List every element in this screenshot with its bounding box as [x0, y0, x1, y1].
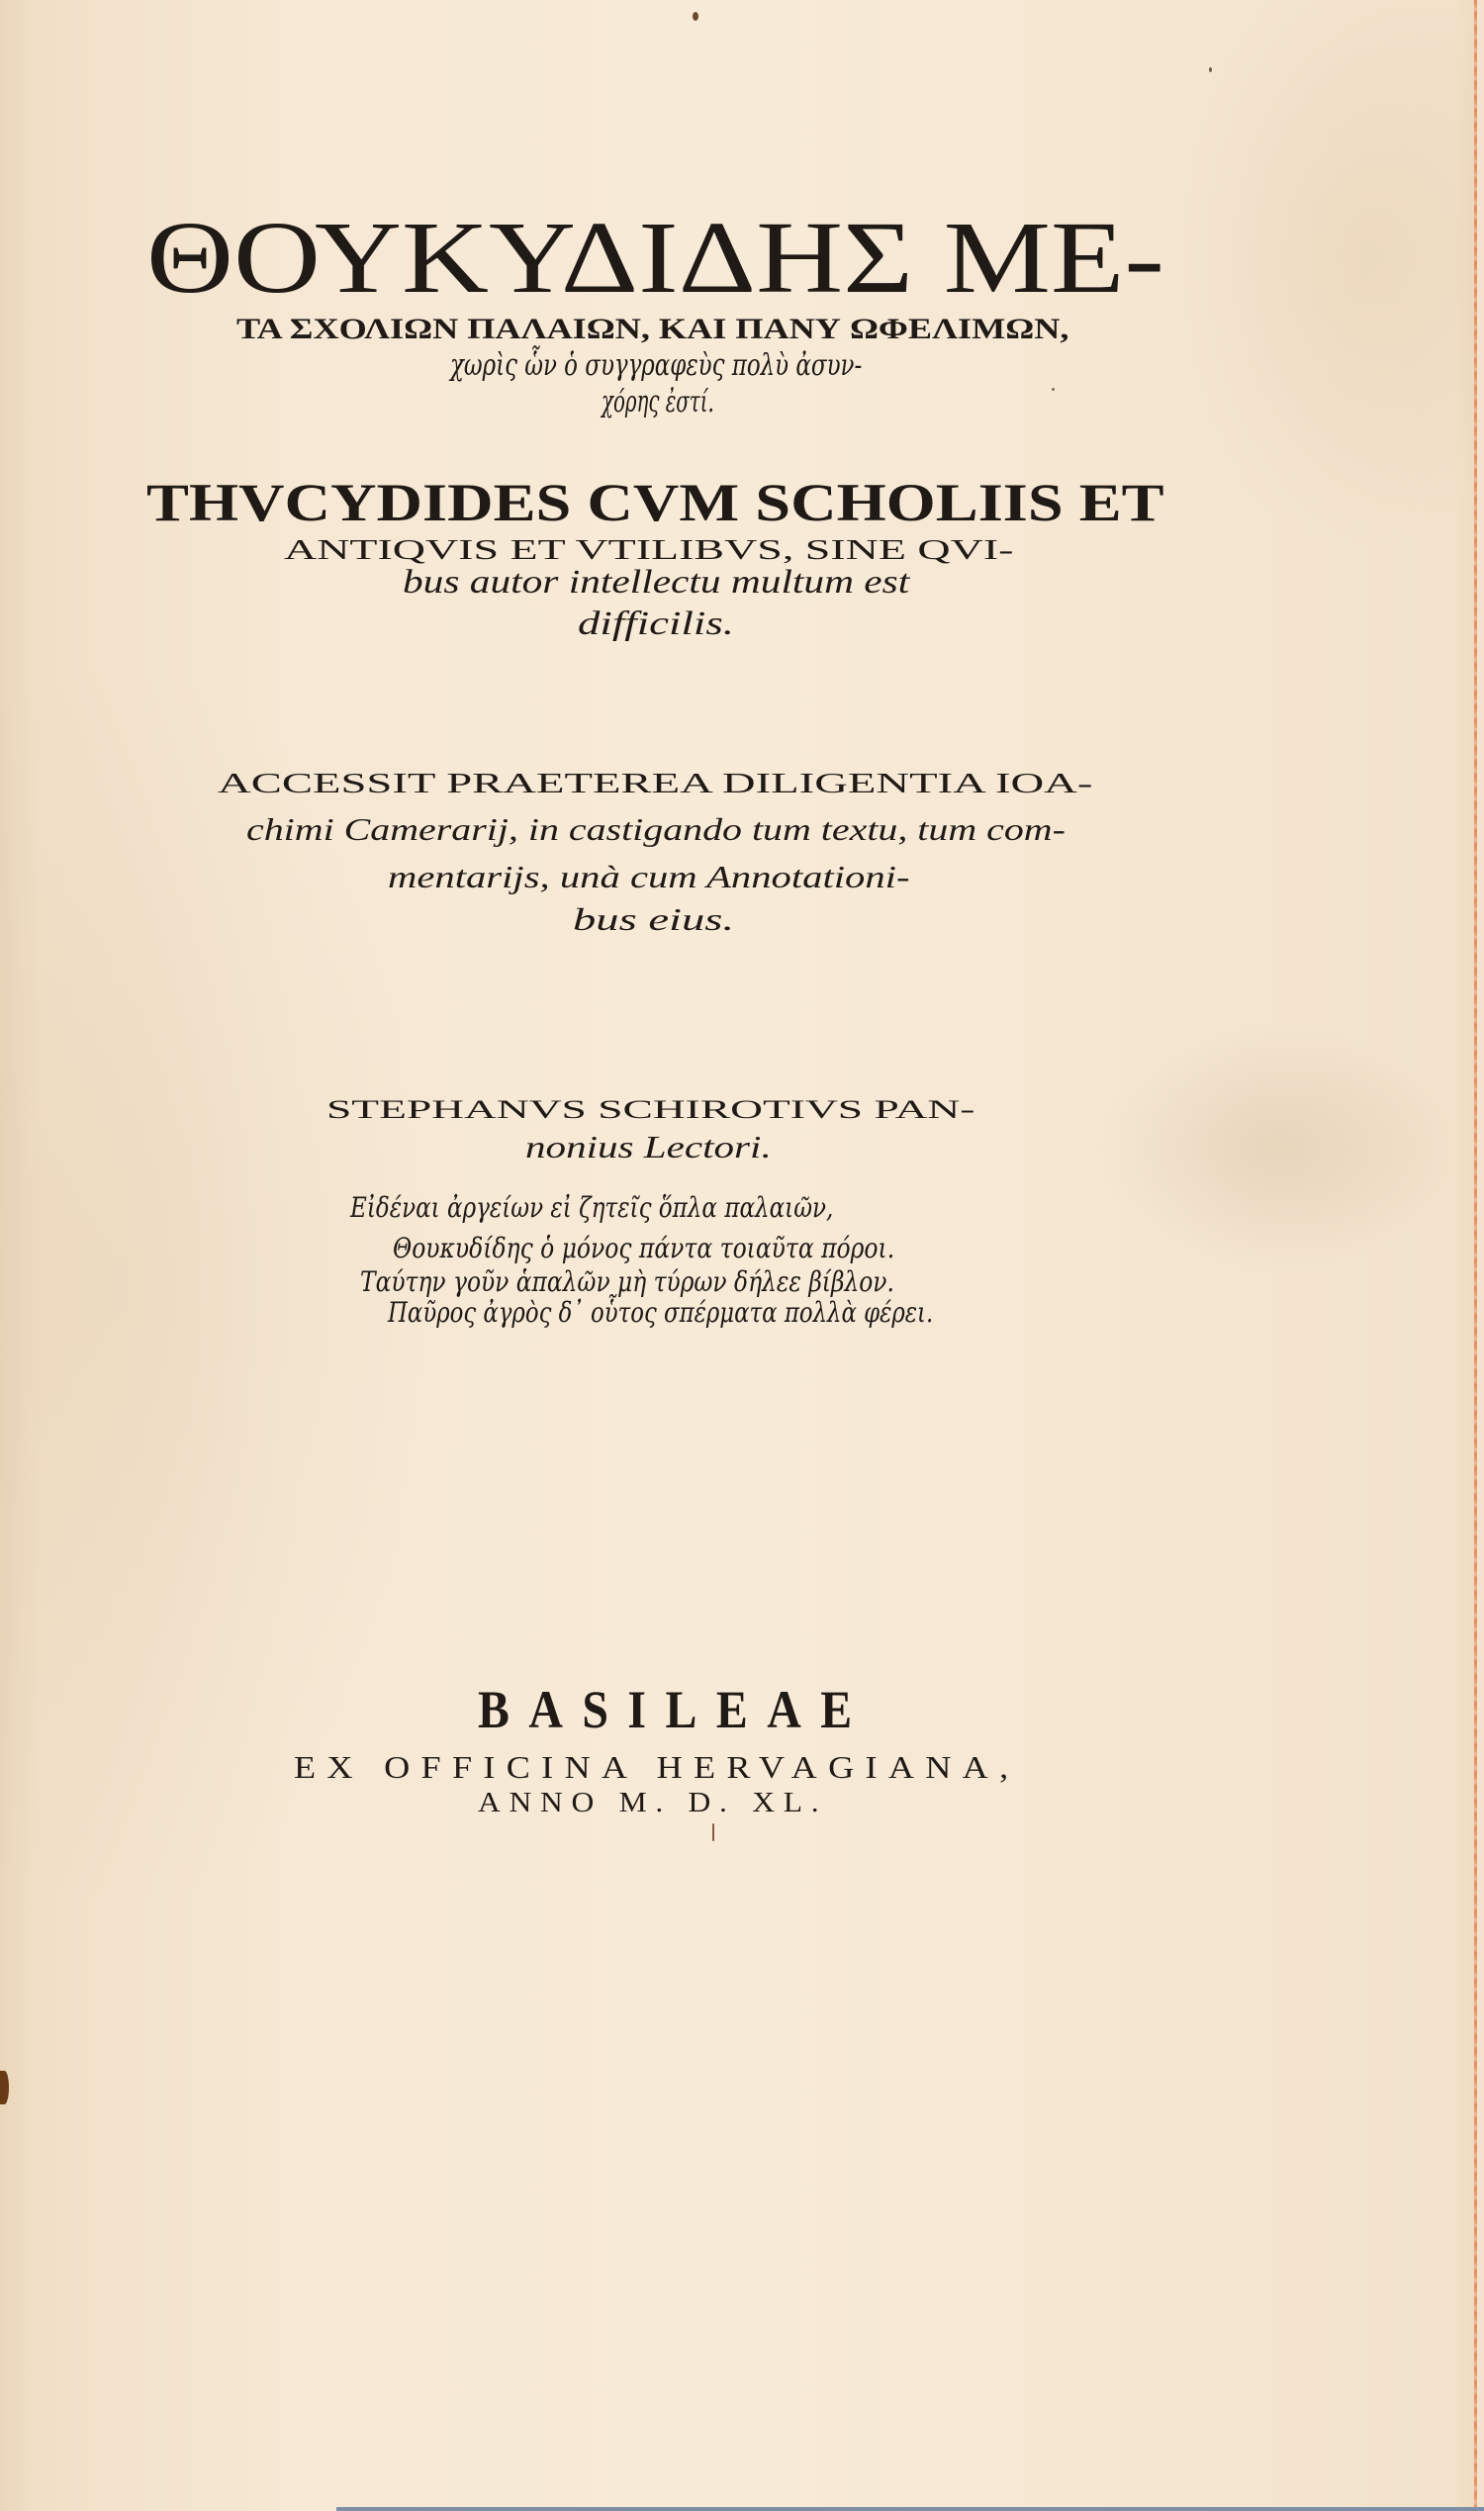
ink-speck [712, 1823, 714, 1841]
bottom-edge-shadow [336, 2507, 1484, 2511]
editor-note-line-4: bus eius. [573, 903, 734, 935]
imprint-printer: EX OFFICINA HERVAGIANA, [294, 1751, 1019, 1783]
dedication-verse-line: Παῦρος ἀγρὸς δ᾽ οὗτος σπέρματα πολλὰ φέρ… [388, 1299, 933, 1327]
dedication-verse-line: Ταύτην γοῦν ἁπαλῶν μὴ τύρων δήλεε βίβλον… [360, 1268, 894, 1296]
dedication-verse-line: Εἰδέναι ἀργείων εἰ ζητεῖς ὅπλα παλαιῶν, [350, 1194, 833, 1222]
imprint-city: BASILEAE [478, 1683, 872, 1736]
greek-title-line-4: χόρης ἐστί. [602, 388, 714, 418]
greek-title-line-1: ΘΟΥΚΥΔΙΔΗΣ ΜΕ- [146, 207, 1164, 310]
ink-speck [693, 12, 698, 21]
greek-title-line-2: ΤΑ ΣΧΟΛΙΩΝ ΠΑΛΑΙΩΝ, ΚΑΙ ΠΑΝΥ ΩΦΕΛΙΜΩΝ, [236, 315, 1068, 344]
editor-note-line-2: chimi Camerarij, in castigando tum textu… [246, 813, 1066, 845]
dedication-heading-line-2: nonius Lectori. [525, 1131, 772, 1162]
dedication-verse-line: Θουκυδίδης ὁ μόνος πάντα τοιαῦτα πόροι. [393, 1235, 894, 1262]
latin-title-line-2: ANTIQVIS ET VTILIBVS, SINE QVI- [284, 537, 1013, 565]
latin-title-line-1: THVCYDIDES CVM SCHOLIIS ET [146, 476, 1164, 529]
latin-title-line-3: bus autor intellectu multum est [403, 566, 909, 600]
dedication-heading-line-1: STEPHANVS SCHIROTIVS PAN- [326, 1097, 974, 1123]
ink-speck [1052, 388, 1055, 391]
greek-title-line-3: χωρὶς ὧν ὁ συγγραφεὺς πολὺ ἀσυν- [450, 351, 862, 381]
foxing-stain [0, 2071, 9, 2104]
imprint-year: ANNO M. D. XL. [478, 1789, 827, 1817]
latin-title-line-4: difficilis. [578, 607, 734, 641]
editor-note-line-3: mentarijs, unà cum Annotationi- [388, 861, 909, 892]
title-page-paper: ΘΟΥΚΥΔΙΔΗΣ ΜΕ- ΤΑ ΣΧΟΛΙΩΝ ΠΑΛΑΙΩΝ, ΚΑΙ Π… [0, 0, 1484, 2511]
ink-speck [1209, 67, 1212, 72]
page-edge-strip [1477, 0, 1484, 2511]
editor-note-line-1: ACCESSIT PRAETEREA DILIGENTIA IOA- [218, 770, 1092, 798]
